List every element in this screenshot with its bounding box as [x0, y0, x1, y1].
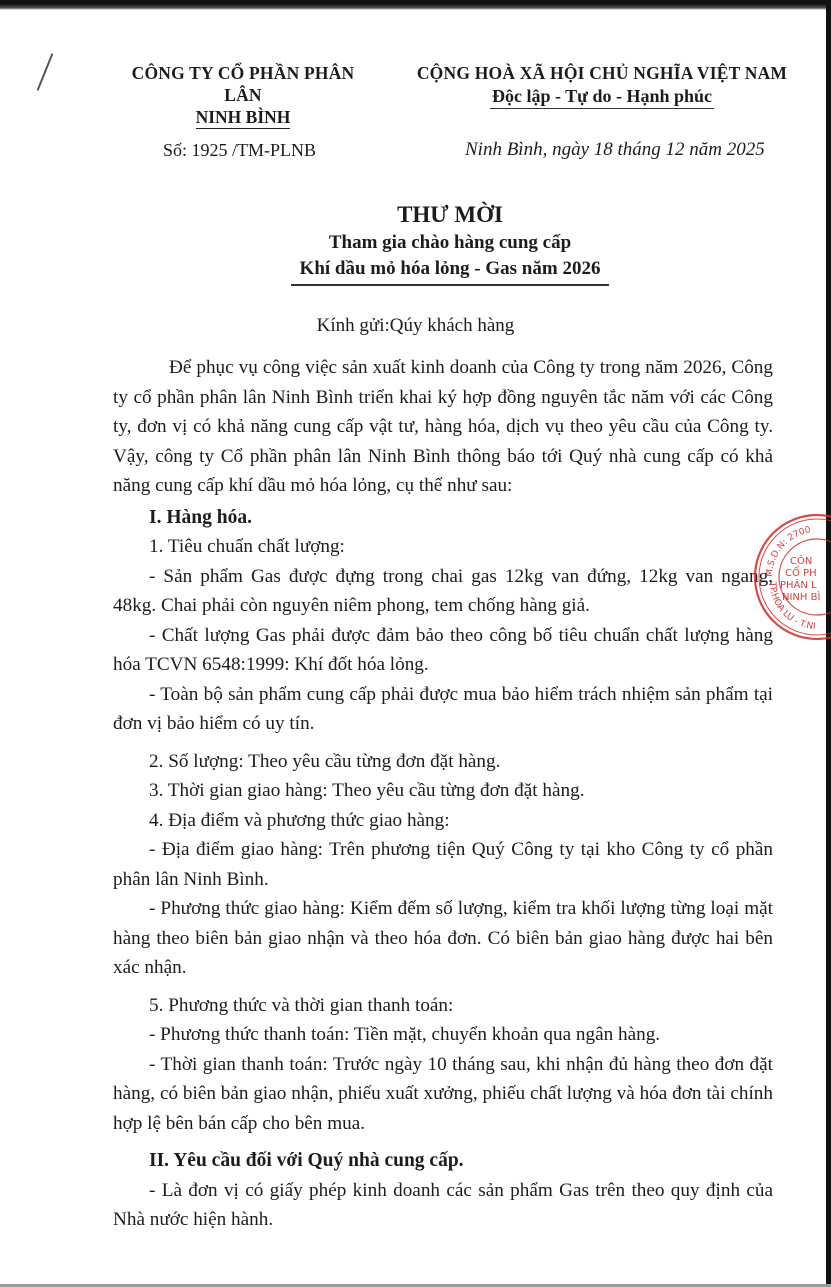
item-5-bullet-2: - Thời gian thanh toán: Trước ngày 10 th… [113, 1050, 773, 1139]
company-name: CÔNG TY CỔ PHẦN PHÂN LÂN [118, 62, 368, 106]
svg-text:NINH BÌ: NINH BÌ [782, 590, 820, 603]
item-5-heading: 5. Phương thức và thời gian thanh toán: [113, 991, 773, 1021]
document-number: Số: 1925 /TM-PLNB [163, 140, 316, 161]
scan-right-border [826, 0, 831, 1287]
greeting: Kính gửi:Qúy khách hàng [0, 315, 831, 337]
section-2-heading: II. Yêu cầu đối với Quý nhà cung cấp. [113, 1146, 773, 1176]
svg-text:CÔN: CÔN [790, 554, 812, 567]
item-1-bullet-3: - Toàn bộ sản phẩm cung cấp phải được mu… [113, 680, 773, 739]
svg-text:PHÂN L: PHÂN L [780, 578, 817, 591]
company-seal-stamp: M.S.D.N: 2700 TP.HOA LU - T.NI CÔN CỔ PH… [752, 512, 831, 642]
item-1-heading: 1. Tiêu chuẩn chất lượng: [113, 532, 773, 562]
scan-top-border [0, 0, 831, 10]
place-date: Ninh Bình, ngày 18 tháng 12 năm 2025 [465, 139, 765, 161]
title-subtitle-2: Khí dầu mỏ hóa lỏng - Gas năm 2026 [250, 256, 650, 282]
item-1-bullet-1: - Sản phẩm Gas được đựng trong chai gas … [113, 562, 773, 621]
national-motto: Độc lập - Tự do - Hạnh phúc [490, 84, 714, 109]
intro-paragraph: Để phục vụ công việc sản xuất kinh doanh… [113, 353, 773, 501]
nation-name: CỘNG HOÀ XÃ HỘI CHỦ NGHĨA VIỆT NAM [412, 62, 792, 84]
section-2-bullet-1: - Là đơn vị có giấy phép kinh doanh các … [113, 1176, 773, 1235]
pen-mark [37, 53, 54, 91]
company-location: NINH BÌNH [196, 106, 291, 129]
title-subtitle-1: Tham gia chào hàng cung cấp [250, 230, 650, 256]
item-1-bullet-2: - Chất lượng Gas phải được đảm bảo theo … [113, 621, 773, 680]
national-header: CỘNG HOÀ XÃ HỘI CHỦ NGHĨA VIỆT NAM Độc l… [412, 62, 792, 109]
title-underline [291, 284, 609, 286]
item-4-bullet-1: - Địa điểm giao hàng: Trên phương tiện Q… [113, 835, 773, 894]
document-title: THƯ MỜI Tham gia chào hàng cung cấp Khí … [250, 200, 650, 286]
item-4-heading: 4. Địa điểm và phương thức giao hàng: [113, 806, 773, 836]
title-main: THƯ MỜI [250, 200, 650, 230]
item-3: 3. Thời gian giao hàng: Theo yêu cầu từn… [113, 776, 773, 806]
item-5-bullet-1: - Phương thức thanh toán: Tiền mặt, chuy… [113, 1020, 773, 1050]
item-4-bullet-2: - Phương thức giao hàng: Kiểm đếm số lượ… [113, 894, 773, 983]
document-body: Để phục vụ công việc sản xuất kinh doanh… [113, 353, 773, 1235]
item-2: 2. Số lượng: Theo yêu cầu từng đơn đặt h… [113, 747, 773, 777]
company-header: CÔNG TY CỔ PHẦN PHÂN LÂN NINH BÌNH [118, 62, 368, 129]
section-1-heading: I. Hàng hóa. [113, 503, 773, 533]
